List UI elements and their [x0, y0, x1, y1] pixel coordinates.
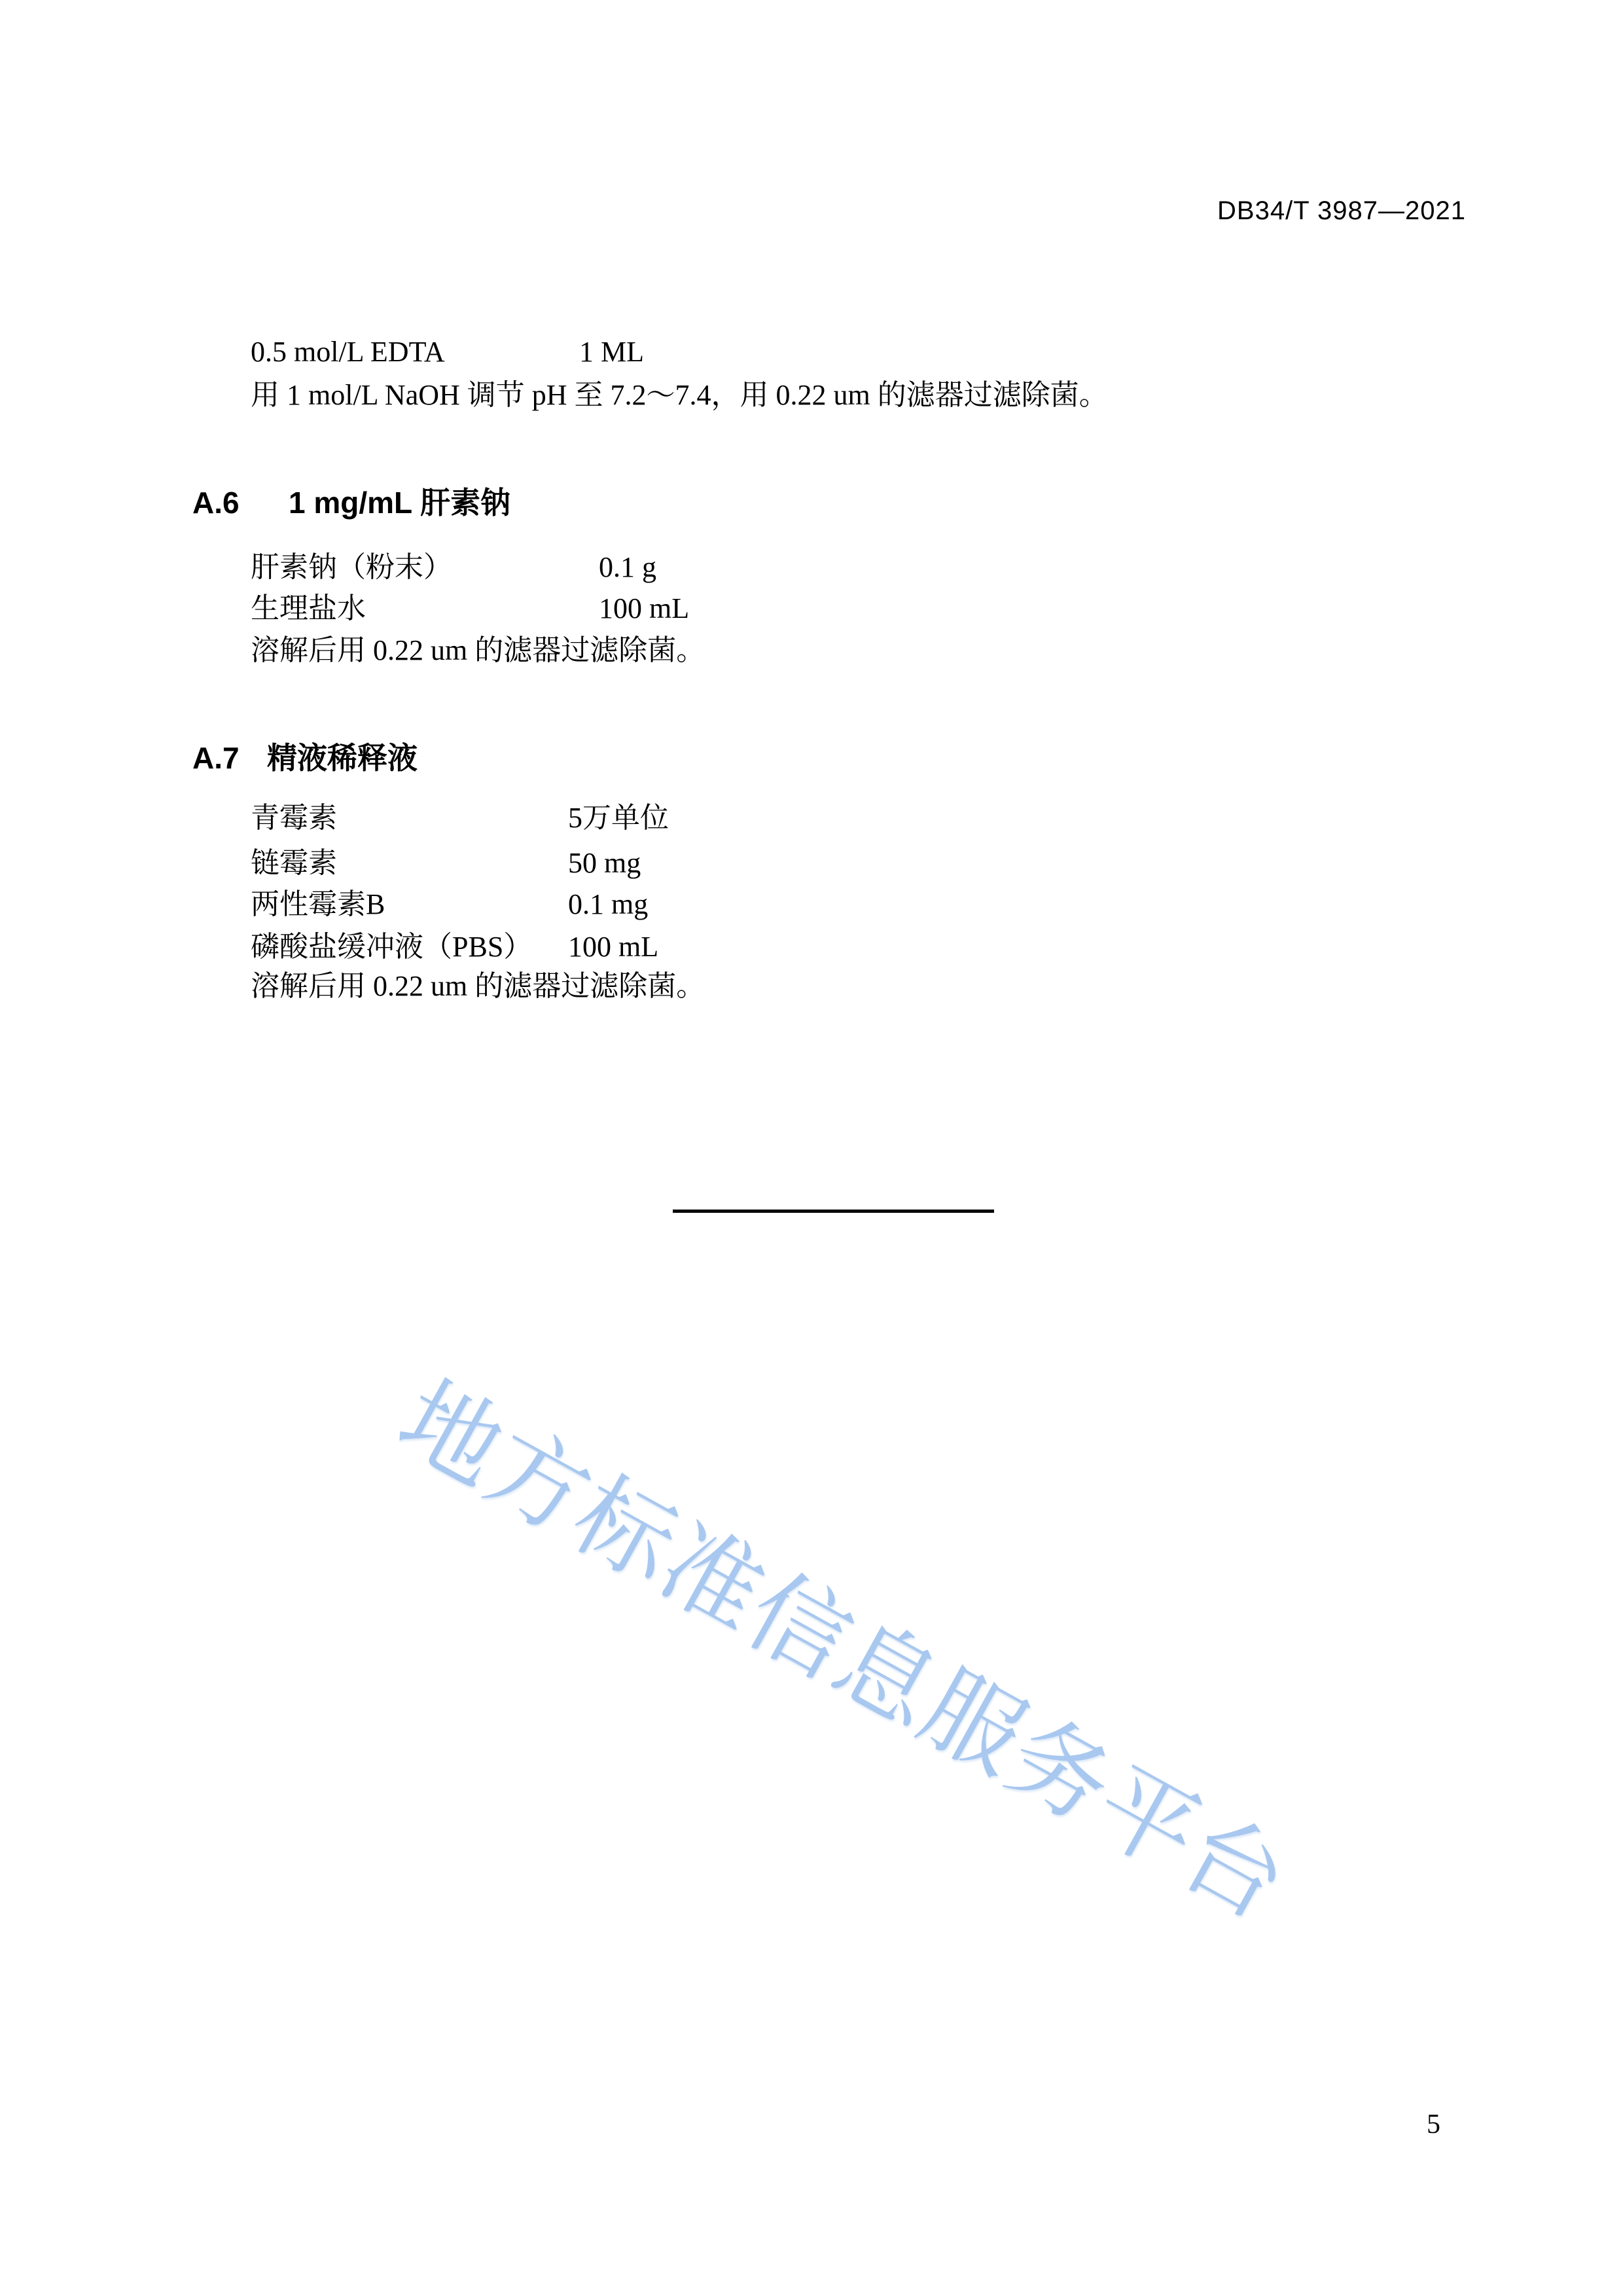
section-a7-number: A.7 [192, 741, 240, 776]
diagonal-watermark: 地方标准信息服务平台 [380, 1361, 1305, 1943]
ingredient-label: 青霉素 [251, 801, 337, 836]
edta-reagent-label: 0.5 mol/L EDTA [251, 335, 445, 370]
standard-number-header: DB34/T 3987—2021 [1217, 196, 1466, 226]
ingredient-label: 两性霉素B [251, 888, 385, 922]
section-a6-note: 溶解后用 0.22 um 的滤器过滤除菌。 [251, 634, 705, 668]
section-a6-title: 1 mg/mL 肝素钠 [289, 486, 510, 520]
ingredient-label: 链霉素 [251, 846, 337, 881]
ingredient-label: 生理盐水 [251, 592, 366, 626]
ingredient-value: 100 mL [599, 592, 689, 626]
page-number: 5 [1427, 2109, 1440, 2140]
ingredient-label: 磷酸盐缓冲液（PBS） [251, 930, 532, 965]
ph-adjust-instruction: 用 1 mol/L NaOH 调节 pH 至 7.2～7.4，用 0.22 um… [251, 378, 1108, 413]
end-of-document-rule [673, 1210, 994, 1213]
section-a7-note: 溶解后用 0.22 um 的滤器过滤除菌。 [251, 969, 705, 1004]
ingredient-value: 100 mL [568, 930, 658, 965]
ingredient-label: 肝素钠（粉末） [251, 550, 452, 585]
ingredient-value: 0.1 mg [568, 888, 648, 922]
document-page: DB34/T 3987—2021 0.5 mol/L EDTA 1 ML 用 1… [0, 0, 1623, 2296]
section-a6-number: A.6 [192, 486, 240, 520]
section-a7-title: 精液稀释液 [267, 741, 418, 776]
ingredient-value: 5万单位 [568, 801, 669, 836]
edta-reagent-value: 1 ML [579, 335, 644, 370]
ingredient-value: 0.1 g [599, 550, 656, 585]
ingredient-value: 50 mg [568, 846, 641, 881]
